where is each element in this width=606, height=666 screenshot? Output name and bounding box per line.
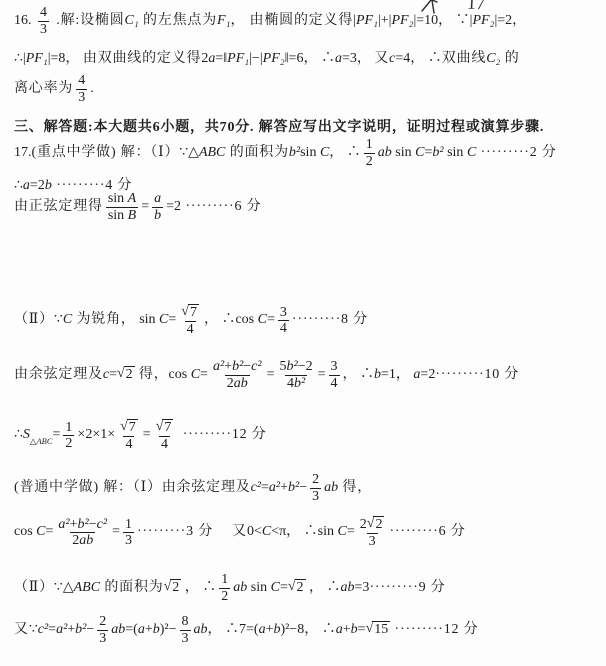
fraction: 43 [76, 73, 87, 105]
text-run: 由双曲线的定义得 [83, 51, 201, 68]
math-var: C₂ [486, 51, 500, 68]
math-text: =1， [381, 367, 413, 384]
line-answer-17-alt-line-3: （Ⅱ）∵△ABC 的面积为√2 ， ∴12ab sin C=√2 ， ∴ab=3… [14, 572, 446, 604]
text-run: 的左焦点为 [139, 13, 217, 30]
math-text: 2 [72, 533, 79, 549]
math-var: b² [432, 145, 443, 162]
math-var: c² [97, 517, 107, 533]
math-text: ∵△ [179, 145, 199, 162]
fraction: √74 [118, 419, 140, 452]
line-answer-17-line-5: 由余弦定理及c=√2 得，cos C=a²+b²−c²2ab=5b²−24b²=… [14, 359, 519, 391]
fraction: 34 [278, 305, 289, 337]
math-var: b [153, 622, 160, 639]
math-text: ∴ [14, 427, 23, 444]
math-text: 4 [187, 322, 194, 338]
math-var: C [262, 524, 271, 541]
math-text: = [267, 367, 275, 384]
math-var: a² [56, 622, 67, 639]
text-run: 双曲线 [442, 51, 486, 68]
math-var: PF₁ [356, 13, 378, 30]
fraction: √74 [179, 304, 201, 337]
text-run: 得， [135, 367, 169, 384]
math-text: =2 [166, 199, 181, 216]
text-run: ·········2 分 [476, 145, 556, 162]
radical: √7 [120, 419, 138, 436]
math-text: 1 [125, 517, 132, 533]
text-run: ·········6 分 [389, 524, 465, 541]
text-run: ·········9 分 [369, 580, 445, 597]
math-var: c² [251, 359, 261, 375]
math-var: a [138, 622, 145, 639]
math-var: b² [289, 145, 300, 162]
math-text: =3 [355, 580, 370, 597]
math-text: =( [125, 622, 138, 639]
math-text: 2 [221, 589, 228, 605]
math-text: − [243, 359, 251, 375]
math-var: ab [79, 533, 93, 549]
math-text: |−| [249, 51, 263, 68]
math-var: A [128, 191, 137, 207]
math-text: )²− [160, 622, 177, 639]
math-text: cos [169, 367, 191, 384]
math-text: + [70, 517, 78, 533]
text-run: .解:设椭圆 [52, 13, 125, 30]
math-var: b [374, 367, 381, 384]
math-text: =4， ∴ [395, 51, 441, 68]
fraction: a²+b²−c²2ab [211, 359, 264, 391]
math-text: 3 [280, 305, 287, 321]
math-var: ab [378, 145, 392, 162]
math-var: ab [111, 622, 125, 639]
math-var: b [351, 622, 358, 639]
math-text: 3 [331, 359, 338, 375]
math-text: + [266, 622, 274, 639]
math-text: ， ∴cos [204, 312, 258, 329]
text-run: 的面积为 [225, 145, 289, 162]
math-text: 2 [366, 154, 373, 170]
fraction: 83 [180, 614, 191, 646]
math-var: B [128, 208, 137, 224]
fraction: 43 [38, 5, 49, 37]
math-text: |=8， [48, 51, 83, 68]
text-run: 又 [14, 622, 29, 639]
fraction: 13 [123, 517, 134, 549]
math-var: F₁ [217, 13, 230, 30]
math-text: 2 [375, 517, 382, 532]
radical: √2 [288, 579, 306, 597]
math-var: C [320, 145, 329, 162]
math-text: = [318, 367, 326, 384]
math-text: ∵ [54, 312, 63, 329]
math-text: =2 [420, 367, 435, 384]
math-text: 2 [126, 367, 133, 382]
line-answer-17-alt-line-1: (普通中学做) 解：（Ⅰ）由余弦定理及c²=a²+b²−23ab 得， [14, 472, 372, 504]
math-var: PF₂ [263, 51, 285, 68]
subscripted-var: S△ABC [23, 427, 53, 444]
text-run: 的面积为 [100, 580, 164, 597]
text-run: ， 由椭圆的定义得 [230, 13, 353, 30]
math-var: ABC [74, 580, 100, 597]
text-run: （Ⅱ） [14, 580, 54, 597]
fraction: 12 [219, 572, 230, 604]
math-var: a [208, 51, 215, 68]
math-text: 7 [190, 305, 197, 320]
math-var: ab [194, 622, 208, 639]
math-text: sin [108, 208, 128, 224]
math-text: <π， ∴sin [271, 524, 337, 541]
line-answer-17-line-6: ∴S△ABC=12×2×1×√74=√74 ·········12 分 [14, 419, 267, 452]
math-var: C [258, 312, 267, 329]
math-text: =‖ [215, 51, 227, 68]
math-text: + [280, 480, 288, 497]
math-text: + [343, 622, 351, 639]
line-answer-17-alt-line-2: cos C=a²+b²−c²2ab=13·········3 分 又0<C<π，… [14, 516, 466, 549]
math-text: −2 [298, 359, 313, 375]
fraction: 5b²−24b² [278, 359, 315, 391]
math-text: = [347, 524, 355, 541]
math-text: 15 [374, 622, 388, 637]
math-text: )²−8， ∴ [280, 622, 335, 639]
text-run: 由正弦定理得 [14, 199, 103, 216]
text-run: 离心率为 [14, 81, 73, 98]
text-run: ·········8 分 [292, 312, 368, 329]
radical: √2 [117, 366, 135, 384]
math-text: |=10， ∵| [413, 13, 472, 30]
math-text: = [200, 367, 208, 384]
math-text: sin [136, 312, 159, 329]
math-text: 4 [331, 376, 338, 392]
math-text: 2 [312, 472, 319, 488]
math-text: = [46, 524, 54, 541]
math-text: = [53, 427, 61, 444]
math-text: 16. [14, 13, 35, 30]
math-text: ∴| [14, 51, 26, 68]
math-var: PF₁ [227, 51, 249, 68]
math-text: = [143, 427, 151, 444]
fraction: ab [152, 191, 163, 223]
math-var: a [336, 622, 343, 639]
math-text: 4 [287, 376, 294, 392]
math-text: 2 [172, 580, 179, 595]
fraction: 23 [310, 472, 321, 504]
math-var: a [154, 191, 161, 207]
text-run: (重点中学做) 解：（Ⅰ） [32, 145, 180, 162]
fraction: sin Asin B [106, 191, 138, 223]
math-text: = [112, 524, 120, 541]
math-text: . [90, 81, 94, 98]
math-text: = [48, 622, 56, 639]
math-var: C [191, 367, 200, 384]
math-text: 17. [14, 145, 32, 162]
math-text: 2 [99, 614, 106, 630]
text-run: ·········12 分 [390, 622, 478, 639]
radical: √7 [181, 304, 199, 321]
text-run: 得， [338, 480, 372, 497]
line-section-header: 三、解答题:本大题共6小题，共70分. 解答应写出文字说明，证明过程或演算步骤. [14, 120, 544, 137]
math-var: C [415, 145, 424, 162]
math-var: b² [78, 517, 89, 533]
math-text: + [224, 359, 232, 375]
math-var: C [271, 580, 280, 597]
math-var: ab [324, 480, 338, 497]
math-text: 3 [125, 533, 132, 549]
math-var: C [63, 312, 72, 329]
text-run: ·········6 分 [181, 199, 261, 216]
math-text: cos [14, 524, 36, 541]
radical: √15 [366, 621, 391, 639]
math-text: − [89, 517, 97, 533]
line-answer-16-line-3: 离心率为43. [14, 73, 94, 105]
math-text: = [358, 622, 366, 639]
math-text: = [109, 367, 117, 384]
text-run: ·········10 分 [435, 367, 519, 384]
math-var: PF₁ [26, 51, 48, 68]
math-text: ‖=6， ∴ [285, 51, 335, 68]
math-text: ×2×1× [77, 427, 115, 444]
fraction: 23 [97, 614, 108, 646]
math-text: 1 [366, 137, 373, 153]
math-text: + [67, 622, 75, 639]
math-var: c² [38, 622, 48, 639]
radical: √2 [367, 516, 385, 533]
line-answer-16-line-1: 16. 43 .解:设椭圆C₁ 的左焦点为F₁， 由椭圆的定义得|PF₁|+|P… [14, 5, 526, 37]
math-var: PF₂ [391, 13, 413, 30]
math-text: ， ∴7=( [208, 622, 259, 639]
math-text: ， ∴ [181, 580, 216, 597]
math-text: ∵△ [54, 580, 74, 597]
math-text: 4 [78, 73, 85, 89]
math-text: 7 [164, 420, 171, 435]
math-var: C [159, 312, 168, 329]
fraction: 2√23 [358, 516, 387, 549]
math-text: 3 [182, 631, 189, 647]
math-var: b² [288, 480, 299, 497]
math-text: 2 [201, 51, 208, 68]
math-text: 4 [125, 437, 132, 453]
fraction: √74 [154, 419, 176, 452]
math-text: sin [300, 145, 320, 162]
math-text: 3 [78, 90, 85, 106]
math-text: ， ∴ [306, 580, 341, 597]
math-text: ∵ [29, 622, 38, 639]
math-text: =3， [342, 51, 374, 68]
math-text: = [424, 145, 432, 162]
fraction: 12 [364, 137, 375, 169]
math-var: b [154, 208, 161, 224]
math-text: |+| [378, 13, 392, 30]
math-var: b² [294, 376, 305, 392]
line-answer-16-line-2: ∴|PF₁|=8， 由双曲线的定义得2a=‖PF₁|−|PF₂‖=6， ∴a=3… [14, 51, 520, 68]
math-text: 4 [40, 5, 47, 21]
math-text: = [267, 312, 275, 329]
math-text: 3 [312, 489, 319, 505]
math-var: C₁ [125, 13, 139, 30]
math-var: ab [341, 580, 355, 597]
math-var: c² [251, 480, 261, 497]
math-text: |=2， [494, 13, 526, 30]
math-text: − [299, 480, 307, 497]
math-text: 0< [247, 524, 262, 541]
math-text: 2 [360, 517, 367, 533]
math-text: − [86, 622, 94, 639]
text-run: 为锐角， [72, 312, 136, 329]
math-text: sin [392, 145, 415, 162]
fraction: 34 [329, 359, 340, 391]
text-run: （Ⅱ） [14, 312, 54, 329]
radical: √7 [156, 419, 174, 436]
text-run: ·········12 分 [178, 427, 266, 444]
math-var: PF₂ [472, 13, 494, 30]
text-run: 由余弦定理及 [14, 367, 103, 384]
math-text: ， ∴ [329, 145, 361, 162]
math-var: b² [287, 359, 298, 375]
math-text: sin [444, 145, 467, 162]
math-text: 2 [297, 580, 304, 595]
math-text: 4 [161, 437, 168, 453]
math-var: ab [233, 580, 247, 597]
math-text: 3 [99, 631, 106, 647]
math-text: 1 [221, 572, 228, 588]
math-var: C [338, 524, 347, 541]
fraction: 12 [63, 420, 74, 452]
math-text: sin [247, 580, 270, 597]
math-var: a [335, 51, 342, 68]
math-var: b² [232, 359, 243, 375]
line-answer-17-line-3: 由正弦定理得sin Asin B=ab=2 ·········6 分 [14, 191, 261, 223]
math-text: 5 [280, 359, 287, 375]
math-text: 2 [227, 376, 234, 392]
math-text: 2 [65, 436, 72, 452]
math-text: 7 [129, 420, 136, 435]
math-var: a² [269, 480, 280, 497]
math-text: = [168, 312, 176, 329]
math-var: b² [75, 622, 86, 639]
math-var: a² [213, 359, 224, 375]
math-var: a [413, 367, 420, 384]
text-run: ·········3 分 又 [137, 524, 247, 541]
text-run: (普通中学做) 解：（Ⅰ）由余弦定理及 [14, 480, 251, 497]
math-text: 1 [65, 420, 72, 436]
text-run: 又 [374, 51, 389, 68]
text-run: 的 [500, 51, 519, 68]
math-var: C [467, 145, 476, 162]
math-text: ， ∴ [343, 367, 375, 384]
math-text: sin [108, 191, 128, 207]
math-text: + [145, 622, 153, 639]
fraction: a²+b²−c²2ab [56, 517, 109, 549]
radical: √2 [164, 579, 182, 597]
math-text: 3 [40, 22, 47, 38]
document-page: 17 16. 43 .解:设椭圆C₁ 的左焦点为F₁， 由椭圆的定义得|PF₁|… [0, 0, 606, 666]
math-text: = [280, 580, 288, 597]
math-text: 8 [182, 614, 189, 630]
math-var: a [259, 622, 266, 639]
math-var: a² [58, 517, 69, 533]
line-answer-17-alt-line-4: 又∵c²=a²+b²−23ab=(a+b)²−83ab， ∴7=(a+b)²−8… [14, 614, 478, 646]
math-var: b [273, 622, 280, 639]
math-text: = [141, 199, 149, 216]
math-text: 3 [369, 534, 376, 550]
math-var: ab [234, 376, 248, 392]
math-var: C [36, 524, 45, 541]
math-text: = [261, 480, 269, 497]
line-answer-17-line-1: 17.(重点中学做) 解：（Ⅰ）∵△ABC 的面积为b²sin C， ∴12ab… [14, 137, 557, 169]
math-var: ABC [199, 145, 225, 162]
line-answer-17-line-4: （Ⅱ）∵C 为锐角， sin C=√74， ∴cos C=34·········… [14, 304, 368, 337]
math-text: 4 [280, 321, 287, 337]
text-run: 三、解答题:本大题共6小题，共70分. 解答应写出文字说明，证明过程或演算步骤. [14, 120, 544, 137]
